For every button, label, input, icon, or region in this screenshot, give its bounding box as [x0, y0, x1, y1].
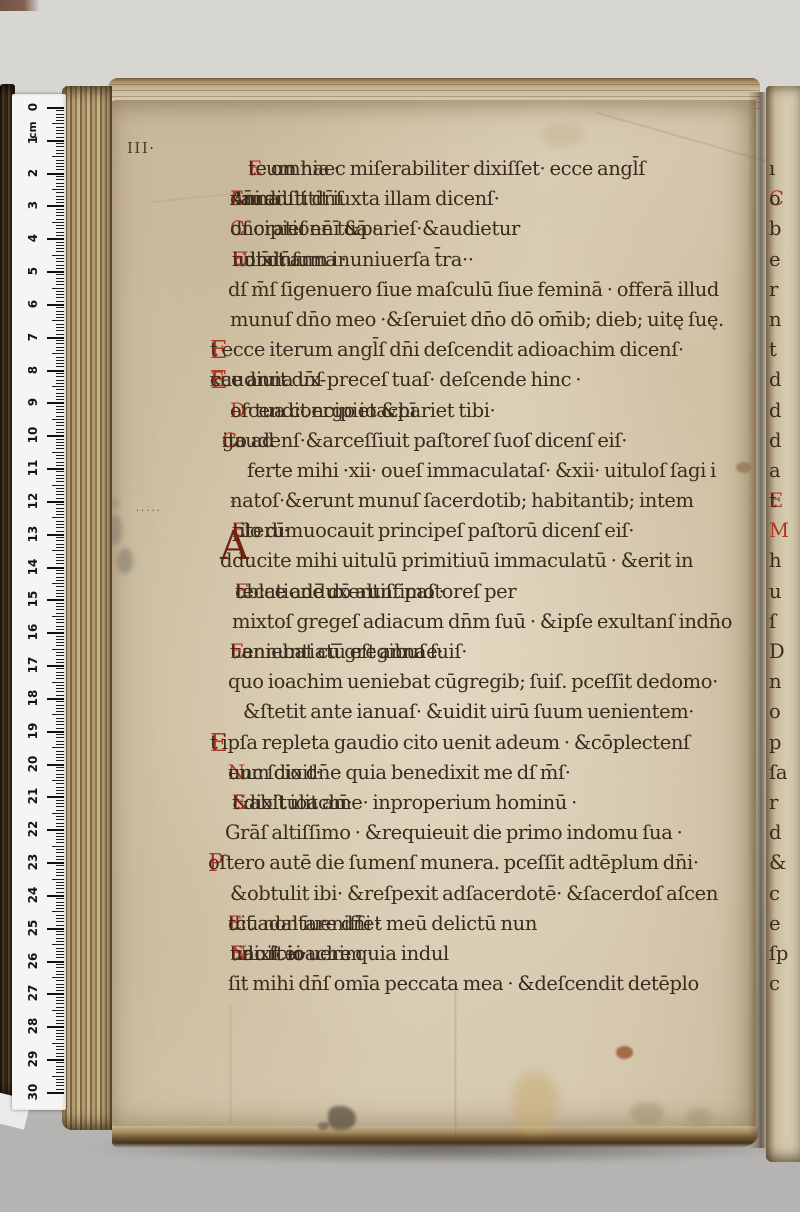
- ruler-tick: [56, 179, 64, 180]
- ruler-tick: [56, 783, 64, 784]
- ruler-tick: [56, 1049, 64, 1050]
- ruler-tick: [56, 110, 64, 111]
- ruler-number: 26: [25, 946, 41, 976]
- measurement-ruler: 0123456789101112131415161718192021222324…: [12, 94, 66, 1110]
- ruler-tick: [52, 1043, 64, 1044]
- ruler-number: 28: [25, 1011, 41, 1041]
- manuscript-line: plo dī· Etiterumuocauit principeſ paſtor…: [205, 495, 757, 525]
- ruler-tick: [56, 806, 64, 807]
- ruler-tick: [56, 1072, 64, 1073]
- ruler-tick: [56, 819, 64, 820]
- ruler-tick: [56, 695, 64, 696]
- ruler-tick: [56, 636, 64, 637]
- ruler-tick: [52, 879, 64, 880]
- ruler-tick: [56, 412, 64, 413]
- ruler-tick: [56, 724, 64, 725]
- ruler-tick: [56, 163, 64, 164]
- ruler-tick: [56, 297, 64, 298]
- ruler-tick: [47, 370, 64, 372]
- ruler-tick: [56, 307, 64, 308]
- ruler-tick: [52, 1010, 64, 1011]
- manuscript-line: d: [769, 344, 799, 374]
- ruler-tick: [56, 803, 64, 804]
- ruler-tick: [56, 396, 64, 397]
- ruler-tick: [56, 836, 64, 837]
- ruler-tick: [47, 764, 64, 766]
- ruler-tick: [56, 209, 64, 210]
- ruler-tick: [52, 353, 64, 354]
- ruler-tick: [56, 1053, 64, 1054]
- manuscript-line: p: [769, 707, 799, 737]
- ink-smudge: [328, 1106, 356, 1130]
- ruler-tick: [52, 517, 64, 518]
- ruler-tick: [56, 721, 64, 722]
- ruler-number: 22: [25, 814, 41, 844]
- ruler-tick: [56, 268, 64, 269]
- manuscript-line: dit adaltare dn̄i · Etcū non īueniſſet m…: [205, 888, 757, 918]
- ruler-tick: [47, 961, 64, 963]
- ruler-tick: [56, 596, 64, 597]
- ruler-tick: [47, 1059, 64, 1061]
- ruler-tick: [56, 242, 64, 243]
- manuscript-line: u: [769, 556, 799, 586]
- ruler-tick: [52, 386, 64, 387]
- ruler-tick: [56, 524, 64, 525]
- ruler-tick: [56, 1033, 64, 1034]
- ruler-number: 21: [25, 781, 41, 811]
- ruler-tick: [56, 383, 64, 384]
- ruler-tick: [56, 744, 64, 745]
- ruler-tick: [56, 915, 64, 916]
- ruler-tick: [56, 934, 64, 935]
- ruler-tick: [56, 662, 64, 663]
- ruler-tick: [56, 196, 64, 197]
- ruler-tick: [56, 389, 64, 390]
- ruler-tick: [56, 399, 64, 400]
- manuscript-line: r: [769, 767, 799, 797]
- ruler-tick: [56, 701, 64, 702]
- ruler-tick: [56, 941, 64, 942]
- manuscript-line: eum dixit· Nunc ſcio dn̄e quia benedixit…: [205, 737, 757, 767]
- manuscript-line: mixtoſ gregeſ adiacum dn̄m ſuū · &ipſe e…: [205, 586, 757, 616]
- page-fore-edges: [62, 86, 112, 1130]
- manuscript-line: d: [769, 797, 799, 827]
- ruler-tick: [56, 1079, 64, 1080]
- manuscript-line: c: [769, 858, 799, 888]
- ruler-tick: [56, 839, 64, 840]
- ruler-tick: [56, 659, 64, 660]
- margin-smudge: [112, 498, 119, 507]
- ruler-tick: [56, 475, 64, 476]
- manuscript-line: Et: [769, 465, 799, 495]
- ruler-tick: [56, 1003, 64, 1004]
- ruler-number: 27: [25, 978, 41, 1008]
- ruler-tick: [56, 284, 64, 285]
- ruler-tick: [56, 455, 64, 456]
- ruler-tick: [56, 672, 64, 673]
- ruler-tick: [56, 462, 64, 463]
- ruler-tick: [56, 504, 64, 505]
- ruler-number: 30: [25, 1077, 41, 1107]
- ruler-tick: [56, 186, 64, 187]
- ruler-tick: [52, 550, 64, 551]
- ruler-tick: [56, 626, 64, 627]
- ruler-number: 6: [25, 289, 41, 319]
- ruler-tick: [56, 577, 64, 578]
- ruler-tick: [56, 774, 64, 775]
- manuscript-line: &abſtulit ame· inproperium hominū · Et d…: [205, 767, 757, 797]
- ruler-tick: [56, 885, 64, 886]
- manuscript-line: Co: [769, 163, 799, 193]
- ruler-tick: [56, 169, 64, 170]
- ruler-tick: [56, 685, 64, 686]
- ruler-number: 24: [25, 880, 41, 910]
- ruler-tick: [52, 123, 64, 124]
- ruler-number: 8: [25, 355, 41, 385]
- ruler-tick: [56, 856, 64, 857]
- ruler-number: 7: [25, 322, 41, 352]
- ruler-tick: [56, 737, 64, 738]
- ruler-tick: [56, 1046, 64, 1047]
- ruler-tick: [52, 255, 64, 256]
- ruler-tick: [47, 205, 64, 207]
- ruler-tick: [56, 212, 64, 213]
- ruler-tick: [52, 714, 64, 715]
- ruler-tick: [56, 1069, 64, 1070]
- ruler-tick: [56, 1066, 64, 1067]
- ruler-tick: [56, 967, 64, 968]
- ruler-unit-label: cm: [26, 115, 40, 145]
- ruler-tick: [56, 133, 64, 134]
- ruler-tick: [56, 980, 64, 981]
- ruler-tick: [56, 918, 64, 919]
- ruler-tick: [47, 829, 64, 831]
- ruler-tick: [56, 261, 64, 262]
- ruler-tick: [56, 875, 64, 876]
- ruler-tick: [56, 311, 64, 312]
- ruler-tick: [56, 114, 64, 115]
- ruler-tick: [52, 977, 64, 978]
- ruler-tick: [47, 862, 64, 864]
- ruler-tick: [52, 1076, 64, 1077]
- ruler-tick: [56, 360, 64, 361]
- ruler-tick: [47, 435, 64, 437]
- ruler-tick: [52, 846, 64, 847]
- manuscript-line: dn̄i adſtitit iuxta illam dicenſ· Anna: …: [205, 163, 757, 193]
- ruler-tick: [47, 632, 64, 634]
- ruler-tick: [56, 741, 64, 742]
- ruler-tick: [56, 373, 64, 374]
- ruler-tick: [52, 156, 64, 157]
- manuscript-line: e: [769, 224, 799, 254]
- manuscript-line: ſa: [769, 737, 799, 767]
- ruler-tick: [47, 698, 64, 700]
- ruler-tick: [52, 320, 64, 321]
- ruler-tick: [56, 245, 64, 246]
- ruler-tick: [56, 777, 64, 778]
- ruler-tick: [56, 301, 64, 302]
- manuscript-line: ſp: [769, 918, 799, 948]
- ruler-tick: [56, 120, 64, 121]
- manuscript-line: ferte mihi ·xii· oueſ immaculataſ· &xii·…: [205, 435, 757, 465]
- ruler-tick: [47, 304, 64, 306]
- ruler-tick: [47, 599, 64, 601]
- ruler-tick: [56, 366, 64, 367]
- stain: [512, 1072, 558, 1132]
- ruler-number: 20: [25, 749, 41, 779]
- ruler-tick: [47, 567, 64, 569]
- ruler-tick: [56, 833, 64, 834]
- ruler-tick: [56, 691, 64, 692]
- ruler-number: 16: [25, 617, 41, 647]
- ruler-tick: [56, 166, 64, 167]
- ruler-tick: [56, 544, 64, 545]
- ruler-tick: [56, 603, 64, 604]
- ruler-tick: [56, 409, 64, 410]
- ruler-tick: [52, 288, 64, 289]
- ruler-tick: [56, 215, 64, 216]
- ruler-tick: [56, 554, 64, 555]
- ruler-tick: [56, 343, 64, 344]
- ruler-number: 25: [25, 913, 41, 943]
- manuscript-line: b: [769, 193, 799, 223]
- ruler-tick: [56, 1000, 64, 1001]
- ruler-tick: [56, 235, 64, 236]
- ruler-number: 10: [25, 420, 41, 450]
- ruler-tick: [52, 485, 64, 486]
- ruler-tick: [56, 760, 64, 761]
- ruler-tick: [56, 425, 64, 426]
- ruler-tick: [56, 531, 64, 532]
- ruler-tick: [56, 540, 64, 541]
- ruler-tick: [56, 498, 64, 499]
- ruler-tick: [56, 491, 64, 492]
- manuscript-line: c: [769, 948, 799, 978]
- manuscript-line: or tua concipiet &pariet tibi· Deſcendit…: [205, 375, 757, 405]
- ruler-tick: [47, 993, 64, 995]
- folio-number: III·: [127, 139, 156, 157]
- ruler-tick: [56, 557, 64, 558]
- ruler-tick: [56, 718, 64, 719]
- ruler-tick: [56, 1036, 64, 1037]
- ruler-tick: [56, 478, 64, 479]
- ruler-tick: [56, 130, 64, 131]
- ruler-tick: [47, 534, 64, 536]
- ruler-tick: [56, 652, 64, 653]
- ruler-tick: [56, 248, 64, 249]
- ruler-tick: [56, 537, 64, 538]
- ruler-tick: [56, 183, 64, 184]
- ruler-tick: [56, 1023, 64, 1024]
- ruler-number: 23: [25, 847, 41, 877]
- margin-smudge: [117, 548, 133, 574]
- manuscript-line: dſ m̄ſ ſigenuero ſiue maſculū ſiue femin…: [205, 254, 757, 284]
- ruler-tick: [56, 265, 64, 266]
- manuscript-line: dſ orationē tuā · Concipieſ enī &parieſ·…: [205, 193, 757, 223]
- ruler-tick: [56, 127, 64, 128]
- ruler-tick: [56, 931, 64, 932]
- stain: [686, 1108, 712, 1126]
- ruler-tick: [56, 869, 64, 870]
- manuscript-line: a: [769, 435, 799, 465]
- facing-page-text: ıCoberntdddaEtMhuſDnopſard&ceſpc: [769, 133, 799, 978]
- manuscript-line: Exaudiuit dn̄ſ preceſ tuaſ· deſcende hin…: [205, 344, 757, 374]
- ruler-tick: [56, 849, 64, 850]
- ruler-tick: [56, 521, 64, 522]
- ruler-tick: [56, 678, 64, 679]
- ruler-tick: [47, 140, 64, 142]
- ruler-tick: [47, 665, 64, 667]
- manuscript-line: M: [769, 495, 799, 525]
- ruler-tick: [56, 882, 64, 883]
- ruler-tick: [56, 228, 64, 229]
- ruler-tick: [56, 317, 64, 318]
- ruler-tick: [56, 580, 64, 581]
- ruler-number: 12: [25, 486, 41, 516]
- ruler-tick: [56, 488, 64, 489]
- ruler-tick: [52, 747, 64, 748]
- ruler-tick: [56, 1039, 64, 1040]
- ruler-tick: [56, 393, 64, 394]
- ruler-tick: [56, 219, 64, 220]
- ruler-tick: [56, 324, 64, 325]
- ruler-tick: [56, 274, 64, 275]
- manuscript-line: munuſ dn̄o meo ·&ſeruiet dn̄o dō om̄ib; …: [205, 284, 757, 314]
- ruler-tick: [56, 655, 64, 656]
- page-bottom-edge: [112, 1126, 758, 1148]
- manuscript-line: natoſ·&erunt munuſ ſacerdotib; habitanti…: [205, 465, 757, 495]
- ruler-tick: [56, 291, 64, 292]
- ruler-tick: [56, 954, 64, 955]
- ruler-tick: [56, 639, 64, 640]
- ruler-tick: [56, 573, 64, 574]
- manuscript-line: e: [769, 888, 799, 918]
- ruler-tick: [52, 682, 64, 683]
- ruler-tick: [56, 675, 64, 676]
- ruler-tick: [52, 583, 64, 584]
- ruler-tick: [47, 928, 64, 930]
- ruler-number: 9: [25, 387, 41, 417]
- ruler-number: 17: [25, 650, 41, 680]
- ruler-tick: [56, 508, 64, 509]
- photo-edge-artifact: [0, 0, 40, 11]
- ruler-tick: [47, 173, 64, 175]
- ruler-tick: [56, 984, 64, 985]
- parchment-crease: [230, 1004, 231, 1124]
- ruler-tick: [56, 294, 64, 295]
- margin-mark: ·····: [136, 506, 162, 517]
- manuscript-line: ſ: [769, 586, 799, 616]
- ruler-number: 13: [25, 519, 41, 549]
- ruler-tick: [56, 471, 64, 472]
- ruler-tick: [52, 616, 64, 617]
- manuscript-line: te omnia · Etcum haec miſerabiliter dixi…: [205, 133, 757, 163]
- ruler-tick: [56, 422, 64, 423]
- ruler-tick: [56, 481, 64, 482]
- ruler-tick: [56, 192, 64, 193]
- ruler-tick: [56, 1056, 64, 1057]
- ruler-tick: [56, 997, 64, 998]
- ruler-tick: [56, 938, 64, 939]
- ruler-tick: [56, 432, 64, 433]
- ruler-tick: [56, 330, 64, 331]
- manuscript-line: oblationē dō altiſſimo · Etecce adduxeru…: [205, 556, 757, 586]
- ruler-tick: [52, 222, 64, 223]
- ruler-tick: [56, 448, 64, 449]
- manuscript-line: quo ioachim ueniebat cūgregib; ſuiſ. pce…: [205, 646, 757, 676]
- ruler-tick: [56, 143, 64, 144]
- ruler-number: 15: [25, 584, 41, 614]
- ruler-tick: [56, 925, 64, 926]
- ruler-tick: [56, 751, 64, 752]
- ruler-tick: [56, 1016, 64, 1017]
- ruler-tick: [56, 888, 64, 889]
- ruler-tick: [56, 527, 64, 528]
- ruler-number: 3: [25, 190, 41, 220]
- manuscript-line: d: [769, 375, 799, 405]
- ruler-tick: [56, 593, 64, 594]
- ruler-tick: [56, 971, 64, 972]
- ruler-tick: [47, 468, 64, 470]
- ruler-tick: [56, 800, 64, 801]
- ruler-tick: [56, 363, 64, 364]
- manuscript-line: ueniebat cū gregibuſ ſuiſ· Et annuntiatū…: [205, 616, 757, 646]
- ruler-tick: [56, 153, 64, 154]
- ruler-tick: [56, 380, 64, 381]
- ruler-tick: [47, 337, 64, 339]
- ruler-tick: [56, 790, 64, 791]
- ruler-tick: [56, 826, 64, 827]
- ruler-tick: [56, 150, 64, 151]
- manuscript-line: t: [769, 314, 799, 344]
- ruler-tick: [56, 590, 64, 591]
- manuscript-line: &: [769, 827, 799, 857]
- text-block: te omnia · Etcum haec miſerabiliter dixi…: [205, 133, 757, 993]
- manuscript-line: n: [769, 646, 799, 676]
- ruler-tick: [56, 117, 64, 118]
- ruler-tick: [56, 842, 64, 843]
- text-segment: ſit mihi dn̄ſ omīa peccata mea · &deſcen…: [228, 969, 699, 999]
- ruler-tick: [47, 238, 64, 240]
- ruler-number: 18: [25, 683, 41, 713]
- ruler-tick: [56, 793, 64, 794]
- ruler-tick: [56, 429, 64, 430]
- ruler-tick: [56, 613, 64, 614]
- ruler-tick: [56, 974, 64, 975]
- ruler-tick: [47, 1026, 64, 1028]
- ruler-tick: [52, 649, 64, 650]
- ruler-tick: [56, 334, 64, 335]
- ruler-tick: [56, 511, 64, 512]
- ruler-tick: [56, 458, 64, 459]
- manuscript-line: ſit mihi dn̄ſ omīa peccata mea · &deſcen…: [205, 948, 757, 978]
- ruler-tick: [56, 645, 64, 646]
- ruler-tick: [56, 347, 64, 348]
- ruler-tick: [56, 1082, 64, 1083]
- ruler-tick: [52, 419, 64, 420]
- stain: [630, 1102, 664, 1124]
- ruler-number: 14: [25, 552, 41, 582]
- ruler-tick: [56, 852, 64, 853]
- ruler-number: 29: [25, 1044, 41, 1074]
- manuscript-line: Grāſ altiſſimo · &requieuit die primo in…: [205, 797, 757, 827]
- ruler-tick: [56, 964, 64, 965]
- ruler-tick: [56, 902, 64, 903]
- ruler-tick: [56, 622, 64, 623]
- ruler-tick: [56, 406, 64, 407]
- manuscript-line: ı: [769, 133, 799, 163]
- ruler-tick: [56, 754, 64, 755]
